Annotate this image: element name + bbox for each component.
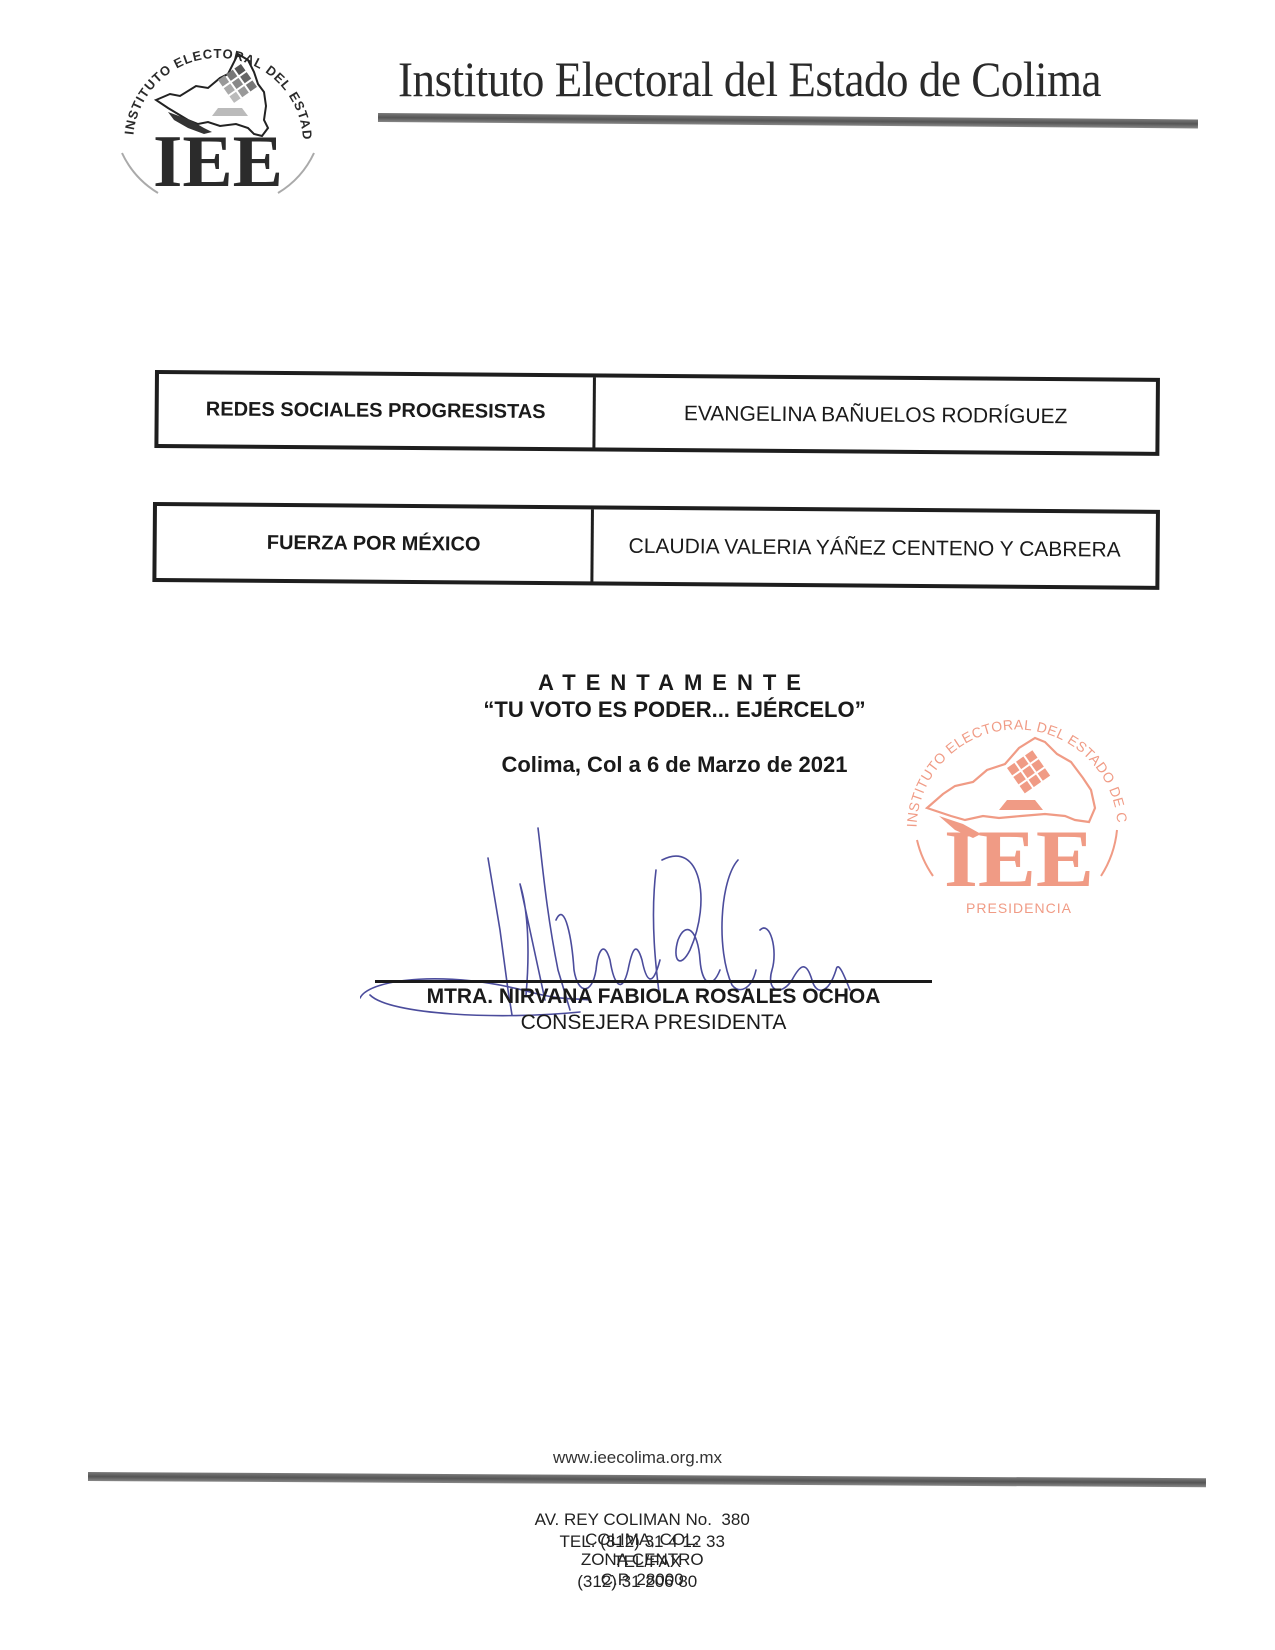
svg-text:PRESIDENCIA: PRESIDENCIA [966,900,1072,916]
signature-line [375,980,932,983]
phone-numbers: TEL. (312) 31 4 12 33 TEL/FAX (312) 31 2… [0,1512,1275,1592]
website-link[interactable]: www.ieecolima.org.mx [0,1448,1275,1468]
phone-fax-label: TEL/FAX [613,1552,681,1571]
signer-name: MTRA. NIRVANA FABIOLA ROSALES OCHOA [375,985,932,1009]
iee-stamp-icon: INSTITUTO ELECTORAL DEL ESTADO DE COLIMA… [895,690,1140,920]
official-stamp: INSTITUTO ELECTORAL DEL ESTADO DE COLIMA… [895,690,1140,920]
footer-divider [88,1472,1206,1487]
iee-emblem-icon: INSTITUTO ELECTORAL DEL ESTADO DE COLIMA… [108,28,328,203]
registration-row: REDES SOCIALES PROGRESISTAS EVANGELINA B… [154,370,1160,456]
svg-text:IEE: IEE [944,813,1094,904]
institution-title: Instituto Electoral del Estado de Colima [398,50,1101,108]
phone-tel: TEL. (312) 31 4 12 33 [560,1532,725,1551]
svg-text:IEE: IEE [153,121,283,203]
iee-logo: INSTITUTO ELECTORAL DEL ESTADO DE COLIMA… [108,28,328,203]
party-name: REDES SOCIALES PROGRESISTAS [158,374,596,447]
registration-row: FUERZA POR MÉXICO CLAUDIA VALERIA YÁÑEZ … [152,502,1160,590]
candidate-name: CLAUDIA VALERIA YÁÑEZ CENTENO Y CABRERA [593,509,1156,585]
phone-fax: (312) 31 206 80 [577,1572,697,1591]
party-name: FUERZA POR MÉXICO [156,506,594,581]
header-divider [378,113,1198,128]
candidate-name: EVANGELINA BAÑUELOS RODRÍGUEZ [595,377,1156,451]
signer-title: CONSEJERA PRESIDENTA [375,1011,932,1035]
